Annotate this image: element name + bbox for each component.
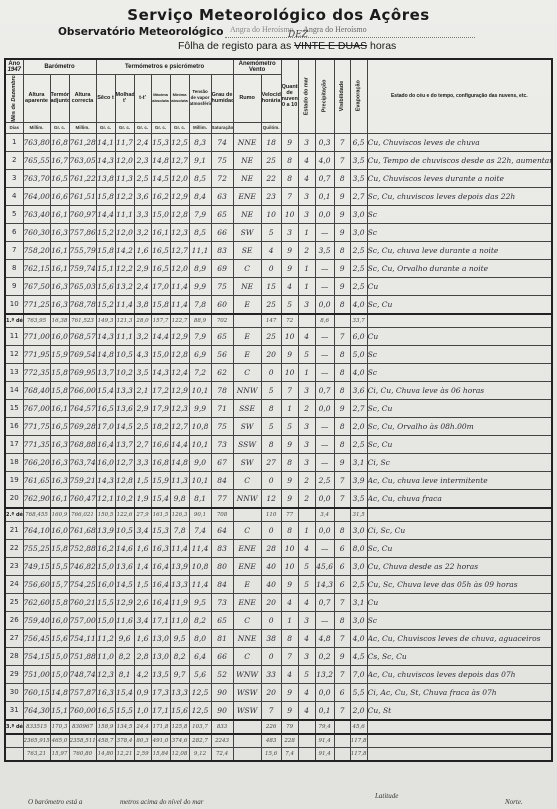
seco-cell: 15,6 — [96, 277, 115, 295]
rumo-sum-cell — [233, 747, 261, 761]
evap-cell: 8,0 — [350, 539, 367, 557]
prec-cell: 0,7 — [315, 381, 334, 399]
molh-cell: 12,0 — [115, 151, 134, 169]
mar-cell: 3 — [298, 611, 315, 629]
vis-cell: 8 — [334, 241, 350, 259]
molh-sum-cell: 121,3 — [115, 314, 134, 328]
max-cell: 17,9 — [151, 399, 170, 417]
diff-cell: 1,5 — [134, 471, 151, 489]
diff-cell: 3,4 — [134, 521, 151, 539]
seco-cell: 12,3 — [96, 665, 115, 683]
molh-cell: 10,5 — [115, 345, 134, 363]
alt-ap-cell: 751,00 — [23, 665, 50, 683]
unit-grc: Gr. c. — [170, 122, 189, 133]
min-sum-cell: 374,6 — [170, 734, 189, 748]
alt-ap-cell: 761,65 — [23, 471, 50, 489]
hum-cell: 78 — [211, 381, 233, 399]
min-cell: 12,8 — [170, 205, 189, 223]
alt-ap-cell: 762,15 — [23, 259, 50, 277]
tensao-cell: 7,2 — [189, 363, 211, 381]
evap-sum-cell: 45,6 — [350, 720, 367, 734]
vel-cell: 7 — [261, 701, 281, 720]
tensao-cell: 9,1 — [189, 151, 211, 169]
evap-sum-cell: 117,8 — [350, 734, 367, 748]
seco-sum-cell: 158,9 — [96, 720, 115, 734]
term-cell: 16,3 — [50, 453, 69, 471]
seco-cell: 17,0 — [96, 417, 115, 435]
evap-cell: 2,0 — [350, 417, 367, 435]
max-cell: 17,3 — [151, 683, 170, 701]
min-cell: 13,3 — [170, 683, 189, 701]
nuv-sum-cell: 77 — [281, 508, 298, 522]
prec-cell: — — [315, 539, 334, 557]
nuv-cell: 8 — [281, 521, 298, 539]
day-cell: 17 — [5, 435, 23, 453]
seco-sum-cell: 149,3 — [96, 314, 115, 328]
nuv-cell: 8 — [281, 169, 298, 187]
molh-sum-cell: 134,5 — [115, 720, 134, 734]
min-cell: 12,3 — [170, 223, 189, 241]
tensao-cell: 6,9 — [189, 345, 211, 363]
nuv-cell: 9 — [281, 683, 298, 701]
tensao-cell: 5,6 — [189, 665, 211, 683]
vel-cell: 5 — [261, 417, 281, 435]
seco-cell: 11,2 — [96, 629, 115, 647]
tensao-cell: 10,1 — [189, 435, 211, 453]
diff-cell: 2,4 — [134, 277, 151, 295]
vel-cell: 12 — [261, 489, 281, 508]
vis-sum-cell — [334, 314, 350, 328]
nuv-cell: 9 — [281, 701, 298, 720]
anemometer-header: AnemómetroVento — [233, 59, 281, 75]
prec-cell: 0,3 — [315, 133, 334, 151]
prec-cell: 0,0 — [315, 683, 334, 701]
alt-corr-sum-cell: 761,523 — [69, 314, 96, 328]
day-cell: 13 — [5, 363, 23, 381]
molh-cell: 13,6 — [115, 557, 134, 575]
max-cell: 16,5 — [151, 241, 170, 259]
tensao-cell: 8,5 — [189, 223, 211, 241]
nuv-cell: 8 — [281, 453, 298, 471]
rumo-cell: ENE — [233, 187, 261, 205]
nuv-cell: 10 — [281, 557, 298, 575]
table-row: 29751,0015,0748,7412,38,14,213,59,75,652… — [5, 665, 552, 683]
diff-cell: 3,4 — [134, 611, 151, 629]
diff-cell: 1,4 — [134, 557, 151, 575]
hum-cell: 56 — [211, 345, 233, 363]
molh-cell: 12,2 — [115, 187, 134, 205]
term-cell: 16,7 — [50, 151, 69, 169]
tensao-header: Tensão de vapor atmosférico — [189, 75, 211, 123]
tensao-cell: 11,4 — [189, 539, 211, 557]
year-header: Ano1947 — [5, 59, 23, 75]
unit-grc: Gr. c. — [96, 122, 115, 133]
alt-corr-cell: 761,22 — [69, 169, 96, 187]
precipitation-header: Precipitação — [315, 59, 334, 133]
tensao-cell: 11,4 — [189, 575, 211, 593]
rumo-cell: SSE — [233, 399, 261, 417]
vis-cell: 7 — [334, 489, 350, 508]
prec-cell: — — [315, 417, 334, 435]
tensao-sum-cell: 90,1 — [189, 508, 211, 522]
mar-cell: 3 — [298, 417, 315, 435]
month-header: Mês de Dezembro — [5, 75, 23, 123]
term-cell: 16,0 — [50, 611, 69, 629]
term-cell: 15,8 — [50, 381, 69, 399]
vel-cell: 5 — [261, 223, 281, 241]
alt-ap-cell: 760,15 — [23, 683, 50, 701]
table-row: 2765,5516,7763,0514,312,02,314,812,79,17… — [5, 151, 552, 169]
seco-cell: 16,5 — [96, 701, 115, 720]
rumo-cell: NNW — [233, 489, 261, 508]
mar-sum-cell — [298, 747, 315, 761]
evap-cell: 2,5 — [350, 575, 367, 593]
diff-cell: 2,7 — [134, 435, 151, 453]
day-cell: 7 — [5, 241, 23, 259]
observation-cell: Cu, Chuva desde as 22 horas — [367, 557, 552, 575]
hum-cell: 66 — [211, 223, 233, 241]
max-cell: 14,8 — [151, 151, 170, 169]
max-cell: 16,2 — [151, 187, 170, 205]
max-cell: 15,3 — [151, 133, 170, 151]
observation-cell: Sc, Cu, Orvalho durante a noite — [367, 259, 552, 277]
term-cell: 16,0 — [50, 327, 69, 345]
evap-cell: 2,5 — [350, 259, 367, 277]
tensao-cell: 12,5 — [189, 701, 211, 720]
summary-label: 1.ª década — [5, 314, 23, 328]
max-cell: 13,5 — [151, 665, 170, 683]
summary-blank — [367, 314, 552, 328]
min-cell: 11,9 — [170, 593, 189, 611]
observation-cell: Ci, Sc, Cu — [367, 521, 552, 539]
hum-cell: 69 — [211, 259, 233, 277]
day-cell: 29 — [5, 665, 23, 683]
evaporation-header: Evaporação — [350, 59, 367, 133]
observation-table: Ano1947 Barómetro Termómetros e psicróme… — [4, 58, 553, 762]
sheet-prefix: Fôlha de registo para as — [178, 40, 291, 52]
max-cell: 18,2 — [151, 417, 170, 435]
mar-cell: 3 — [298, 187, 315, 205]
max-cell: 17,1 — [151, 701, 170, 720]
seco-cell: 14,4 — [96, 205, 115, 223]
alt-ap-cell: 749,15 — [23, 557, 50, 575]
term-cell: 16,8 — [50, 133, 69, 151]
molh-cell: 13,2 — [115, 277, 134, 295]
evap-cell: 7,0 — [350, 665, 367, 683]
day-cell: 15 — [5, 399, 23, 417]
evap-cell: 4,5 — [350, 647, 367, 665]
rumo-sum-cell — [233, 508, 261, 522]
mar-cell: 4 — [298, 593, 315, 611]
prec-cell: 0,0 — [315, 489, 334, 508]
observation-cell: Cu, Chuviscos leves durante a noite — [367, 169, 552, 187]
vis-cell: 9 — [334, 453, 350, 471]
station-dotted-line — [225, 37, 475, 38]
vis-cell: 7 — [334, 665, 350, 683]
vis-cell: 9 — [334, 647, 350, 665]
molh-cell: 8,2 — [115, 647, 134, 665]
mar-sum-cell — [298, 508, 315, 522]
tensao-cell: 9,9 — [189, 399, 211, 417]
nuv-cell: 9 — [281, 575, 298, 593]
table-row: 24756,6015,7754,2516,014,51,516,413,311,… — [5, 575, 552, 593]
min-sum-cell: 122,7 — [170, 314, 189, 328]
vel-cell: 20 — [261, 345, 281, 363]
prec-cell: — — [315, 223, 334, 241]
mar-cell: 5 — [298, 665, 315, 683]
mar-cell: 2 — [298, 489, 315, 508]
tensao-sum-cell: 282,7 — [189, 734, 211, 748]
mar-sum-cell — [298, 314, 315, 328]
evap-cell: 3,5 — [350, 169, 367, 187]
table-row: 1763,8016,8761,2814,111,72,415,312,58,37… — [5, 133, 552, 151]
molh-cell: 13,7 — [115, 435, 134, 453]
mar-cell: 2 — [298, 241, 315, 259]
rumo-sum-cell — [233, 720, 261, 734]
evap-sum-cell: 117,8 — [350, 747, 367, 761]
observation-cell: Cs, Sc, Cu — [367, 647, 552, 665]
seco-cell: 15,4 — [96, 381, 115, 399]
alt-ap-sum-cell: 2365,915 — [23, 734, 50, 748]
rumo-sum-cell — [233, 734, 261, 748]
sheet-hour: VINTE E DUAS — [294, 40, 367, 52]
diff-sum-cell: 24,4 — [134, 720, 151, 734]
nuv-cell: 7 — [281, 187, 298, 205]
observation-cell: Cu, St — [367, 701, 552, 720]
evap-sum-cell: 31,5 — [350, 508, 367, 522]
term-cell: 15,6 — [50, 629, 69, 647]
footer-latitude: Latitude — [375, 792, 398, 800]
alt-corr-cell: 757,86 — [69, 223, 96, 241]
summary-blank — [367, 720, 552, 734]
nuv-cell: 9 — [281, 259, 298, 277]
alt-ap-cell: 765,55 — [23, 151, 50, 169]
seco-cell: 12,1 — [96, 489, 115, 508]
molh-sum-cell: 12,21 — [115, 747, 134, 761]
seco-sum-cell: 150,5 — [96, 508, 115, 522]
vel-cell: 18 — [261, 133, 281, 151]
observation-cell: Cu, Tempo de chuviscos desde as 22h, aum… — [367, 151, 552, 169]
term-cell: 16,5 — [50, 169, 69, 187]
min-cell: 11,3 — [170, 471, 189, 489]
nuv-cell: 1 — [281, 399, 298, 417]
vis-cell: 6 — [334, 683, 350, 701]
diff-sum-cell: 80,3 — [134, 734, 151, 748]
term-cell: 14,8 — [50, 683, 69, 701]
alt-corr-cell: 760,47 — [69, 489, 96, 508]
observation-cell: Ci, Ac, Cu, St, Chuva fraca às 07h — [367, 683, 552, 701]
alt-corr-sum-cell: 830967 — [69, 720, 96, 734]
rumo-cell: E — [233, 295, 261, 314]
tensao-sum-cell: 9,12 — [189, 747, 211, 761]
vel-cell: 0 — [261, 471, 281, 489]
term-cell: 16,3 — [50, 471, 69, 489]
vis-cell: 8 — [334, 345, 350, 363]
evap-sum-cell: 33,7 — [350, 314, 367, 328]
day-cell: 27 — [5, 629, 23, 647]
summary-label: 3.ª década — [5, 720, 23, 734]
day-cell: 1 — [5, 133, 23, 151]
alt-ap-cell: 771,75 — [23, 417, 50, 435]
evap-cell: 2,5 — [350, 277, 367, 295]
prec-cell: 4,0 — [315, 151, 334, 169]
rumo-sum-cell — [233, 314, 261, 328]
mar-cell: 3 — [298, 453, 315, 471]
term-sum-cell: 170,3 — [50, 720, 69, 734]
rumo-cell: ENE — [233, 539, 261, 557]
alt-corr-cell: 768,78 — [69, 295, 96, 314]
sheet-suffix: horas — [370, 40, 396, 52]
day-cell: 10 — [5, 295, 23, 314]
min-cell: 12,9 — [170, 327, 189, 345]
table-row: 17771,3516,3768,8816,413,72,716,614,410,… — [5, 435, 552, 453]
clouds-header: Quantidade de nuvens 0 a 10 — [281, 59, 298, 133]
alt-corr-cell: 763,05 — [69, 151, 96, 169]
table-body: 1763,8016,8761,2814,111,72,415,312,58,37… — [5, 133, 552, 761]
tensao-cell: 8,1 — [189, 489, 211, 508]
molh-cell: 12,8 — [115, 471, 134, 489]
evap-cell: 2,5 — [350, 241, 367, 259]
day-cell: 31 — [5, 701, 23, 720]
evap-cell: 3,1 — [350, 453, 367, 471]
vel-cell: 28 — [261, 539, 281, 557]
diff-cell: 2,9 — [134, 259, 151, 277]
vis-cell: 7 — [334, 133, 350, 151]
hum-cell: 73 — [211, 593, 233, 611]
min-cell: 15,6 — [170, 701, 189, 720]
seco-cell: 15,5 — [96, 593, 115, 611]
molh-cell: 11,1 — [115, 327, 134, 345]
alt-ap-sum-cell: 763,21 — [23, 747, 50, 761]
vis-cell: 7 — [334, 593, 350, 611]
vis-cell: 8 — [334, 363, 350, 381]
diff-cell: 0,9 — [134, 683, 151, 701]
mar-cell: 3 — [298, 647, 315, 665]
diff-cell: 3,3 — [134, 453, 151, 471]
diff-cell: 2,5 — [134, 169, 151, 187]
max-cell: 15,3 — [151, 521, 170, 539]
molh-cell: 14,6 — [115, 539, 134, 557]
min-cell: 12,7 — [170, 241, 189, 259]
vis-cell: 9 — [334, 277, 350, 295]
prec-cell: 4,8 — [315, 629, 334, 647]
observation-cell: Sc — [367, 611, 552, 629]
day-cell: 4 — [5, 187, 23, 205]
prec-cell: — — [315, 363, 334, 381]
vis-cell: 8 — [334, 435, 350, 453]
diff-cell: 2,1 — [134, 381, 151, 399]
hum-cell: 90 — [211, 683, 233, 701]
max-cell: 15,4 — [151, 489, 170, 508]
seco-cell: 14,3 — [96, 327, 115, 345]
molh-cell: 10,2 — [115, 363, 134, 381]
hum-cell: 52 — [211, 665, 233, 683]
alt-corr-cell: 766,00 — [69, 381, 96, 399]
alt-ap-cell: 764,30 — [23, 701, 50, 720]
seco-cell: 13,7 — [96, 363, 115, 381]
summary-row: 763,2115,97760,8014,8012,212,5915,8412,0… — [5, 747, 552, 761]
molh-cell: 11,6 — [115, 611, 134, 629]
seco-cell: 14,3 — [96, 151, 115, 169]
vel-cell: 20 — [261, 683, 281, 701]
seco-cell: 14,1 — [96, 133, 115, 151]
prec-cell: 0,0 — [315, 399, 334, 417]
max-cell: 17,0 — [151, 277, 170, 295]
table-row: 12771,9515,9769,5414,810,54,315,012,86,9… — [5, 345, 552, 363]
alt-corr-sum-cell: 2358,511 — [69, 734, 96, 748]
min-cell: 12,9 — [170, 381, 189, 399]
alt-ap-cell: 762,90 — [23, 489, 50, 508]
mar-cell: 4 — [298, 629, 315, 647]
term-cell: 15,8 — [50, 363, 69, 381]
rumo-cell: ENE — [233, 593, 261, 611]
day-cell: 9 — [5, 277, 23, 295]
day-cell: 5 — [5, 205, 23, 223]
unit-grc: Gr. c. — [151, 122, 170, 133]
alt-corr-cell: 769,54 — [69, 345, 96, 363]
alt-ap-cell: 756,60 — [23, 575, 50, 593]
vel-cell: 40 — [261, 575, 281, 593]
max-cell: 14,4 — [151, 327, 170, 345]
seco-cell: 14,8 — [96, 345, 115, 363]
evap-cell: 2,5 — [350, 435, 367, 453]
term-cell: 16,1 — [50, 259, 69, 277]
table-row: 8762,1516,1759,7415,112,22,916,512,08,96… — [5, 259, 552, 277]
prec-cell: 0,0 — [315, 521, 334, 539]
seco-cell: 16,2 — [96, 539, 115, 557]
rumo-cell: E — [233, 345, 261, 363]
mar-cell: 3 — [298, 205, 315, 223]
table-row: 28754,1515,0751,8811,08,22,813,08,26,466… — [5, 647, 552, 665]
vis-sum-cell — [334, 720, 350, 734]
min-cell: 11,4 — [170, 295, 189, 314]
alt-corr-cell: 760,00 — [69, 701, 96, 720]
footer-left: O barómetro está a — [28, 798, 82, 806]
min-cell: 8,2 — [170, 647, 189, 665]
vel-cell: 25 — [261, 295, 281, 314]
day-cell: 16 — [5, 417, 23, 435]
mar-cell: 4 — [298, 701, 315, 720]
table-row: 21764,1016,0761,6813,910,53,415,37,87,46… — [5, 521, 552, 539]
min-cell: 12,7 — [170, 417, 189, 435]
alt-ap-cell: 763,70 — [23, 169, 50, 187]
prec-cell: — — [315, 611, 334, 629]
vis-sum-cell — [334, 747, 350, 761]
term-cell: 15,0 — [50, 665, 69, 683]
observation-cell: Ac, Cu, Chuviscos leves de chuva, aguace… — [367, 629, 552, 647]
tensao-cell: 8,9 — [189, 259, 211, 277]
seco-cell: 16,4 — [96, 435, 115, 453]
nuv-cell: 5 — [281, 417, 298, 435]
vel-cell: 23 — [261, 187, 281, 205]
hum-cell: 62 — [211, 363, 233, 381]
min-cell: 13,9 — [170, 557, 189, 575]
table-row: 27756,4515,6754,1111,29,61,613,09,58,081… — [5, 629, 552, 647]
vis-cell: 8 — [334, 417, 350, 435]
vel-cell: 40 — [261, 557, 281, 575]
alt-ap-sum-cell: 768,455 — [23, 508, 50, 522]
prec-sum-cell: 8,6 — [315, 314, 334, 328]
min-cell: 7,8 — [170, 521, 189, 539]
unit-millim: Millim. — [69, 122, 96, 133]
alt-corr-cell: 757,00 — [69, 611, 96, 629]
observation-cell: Sc, Cu — [367, 399, 552, 417]
mar-cell: 4 — [298, 151, 315, 169]
alt-ap-cell: 771,25 — [23, 295, 50, 314]
day-cell: 26 — [5, 611, 23, 629]
velocity-header: Velocidade horária — [261, 75, 281, 123]
seco-cell: 16,5 — [96, 399, 115, 417]
